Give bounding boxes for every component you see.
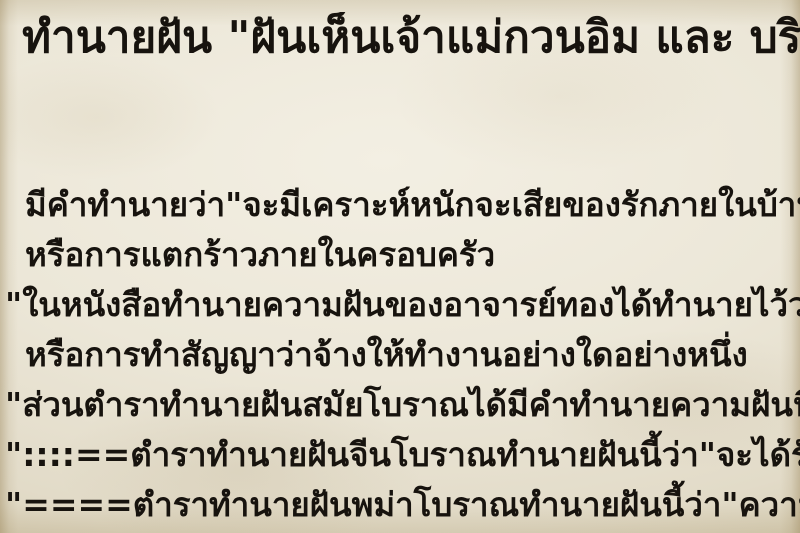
body-line: มีคำทำนายว่า"จะมีเคราะห์หนักจะเสียของรัก… xyxy=(0,180,800,230)
body-line: "::::==ตำราทำนายฝันจีนโบราณทำนายฝันนี้ว่… xyxy=(0,430,800,480)
body-line: "ส่วนตำราทำนายฝันสมัยโบราณได้มีคำทำนายคว… xyxy=(0,380,800,430)
body-line: "ในหนังสือทำนายความฝันของอาจารย์ทองได้ทำ… xyxy=(0,280,800,330)
body-line: หรือการทำสัญญาว่าจ้างให้ทำงานอย่างใดอย่า… xyxy=(0,330,800,380)
aged-paper-page: ทำนายฝัน "ฝันเห็นเจ้าแม่กวนอิม และ บริว … xyxy=(0,0,800,533)
dream-interpretation-text: มีคำทำนายว่า"จะมีเคราะห์หนักจะเสียของรัก… xyxy=(0,180,800,530)
body-line: "====ตำราทำนายฝันพม่าโบราณทำนายฝันนี้ว่า… xyxy=(0,480,800,530)
body-line: หรือการแตกร้าวภายในครอบครัว xyxy=(0,230,800,280)
page-title: ทำนายฝัน "ฝันเห็นเจ้าแม่กวนอิม และ บริว xyxy=(22,12,800,64)
